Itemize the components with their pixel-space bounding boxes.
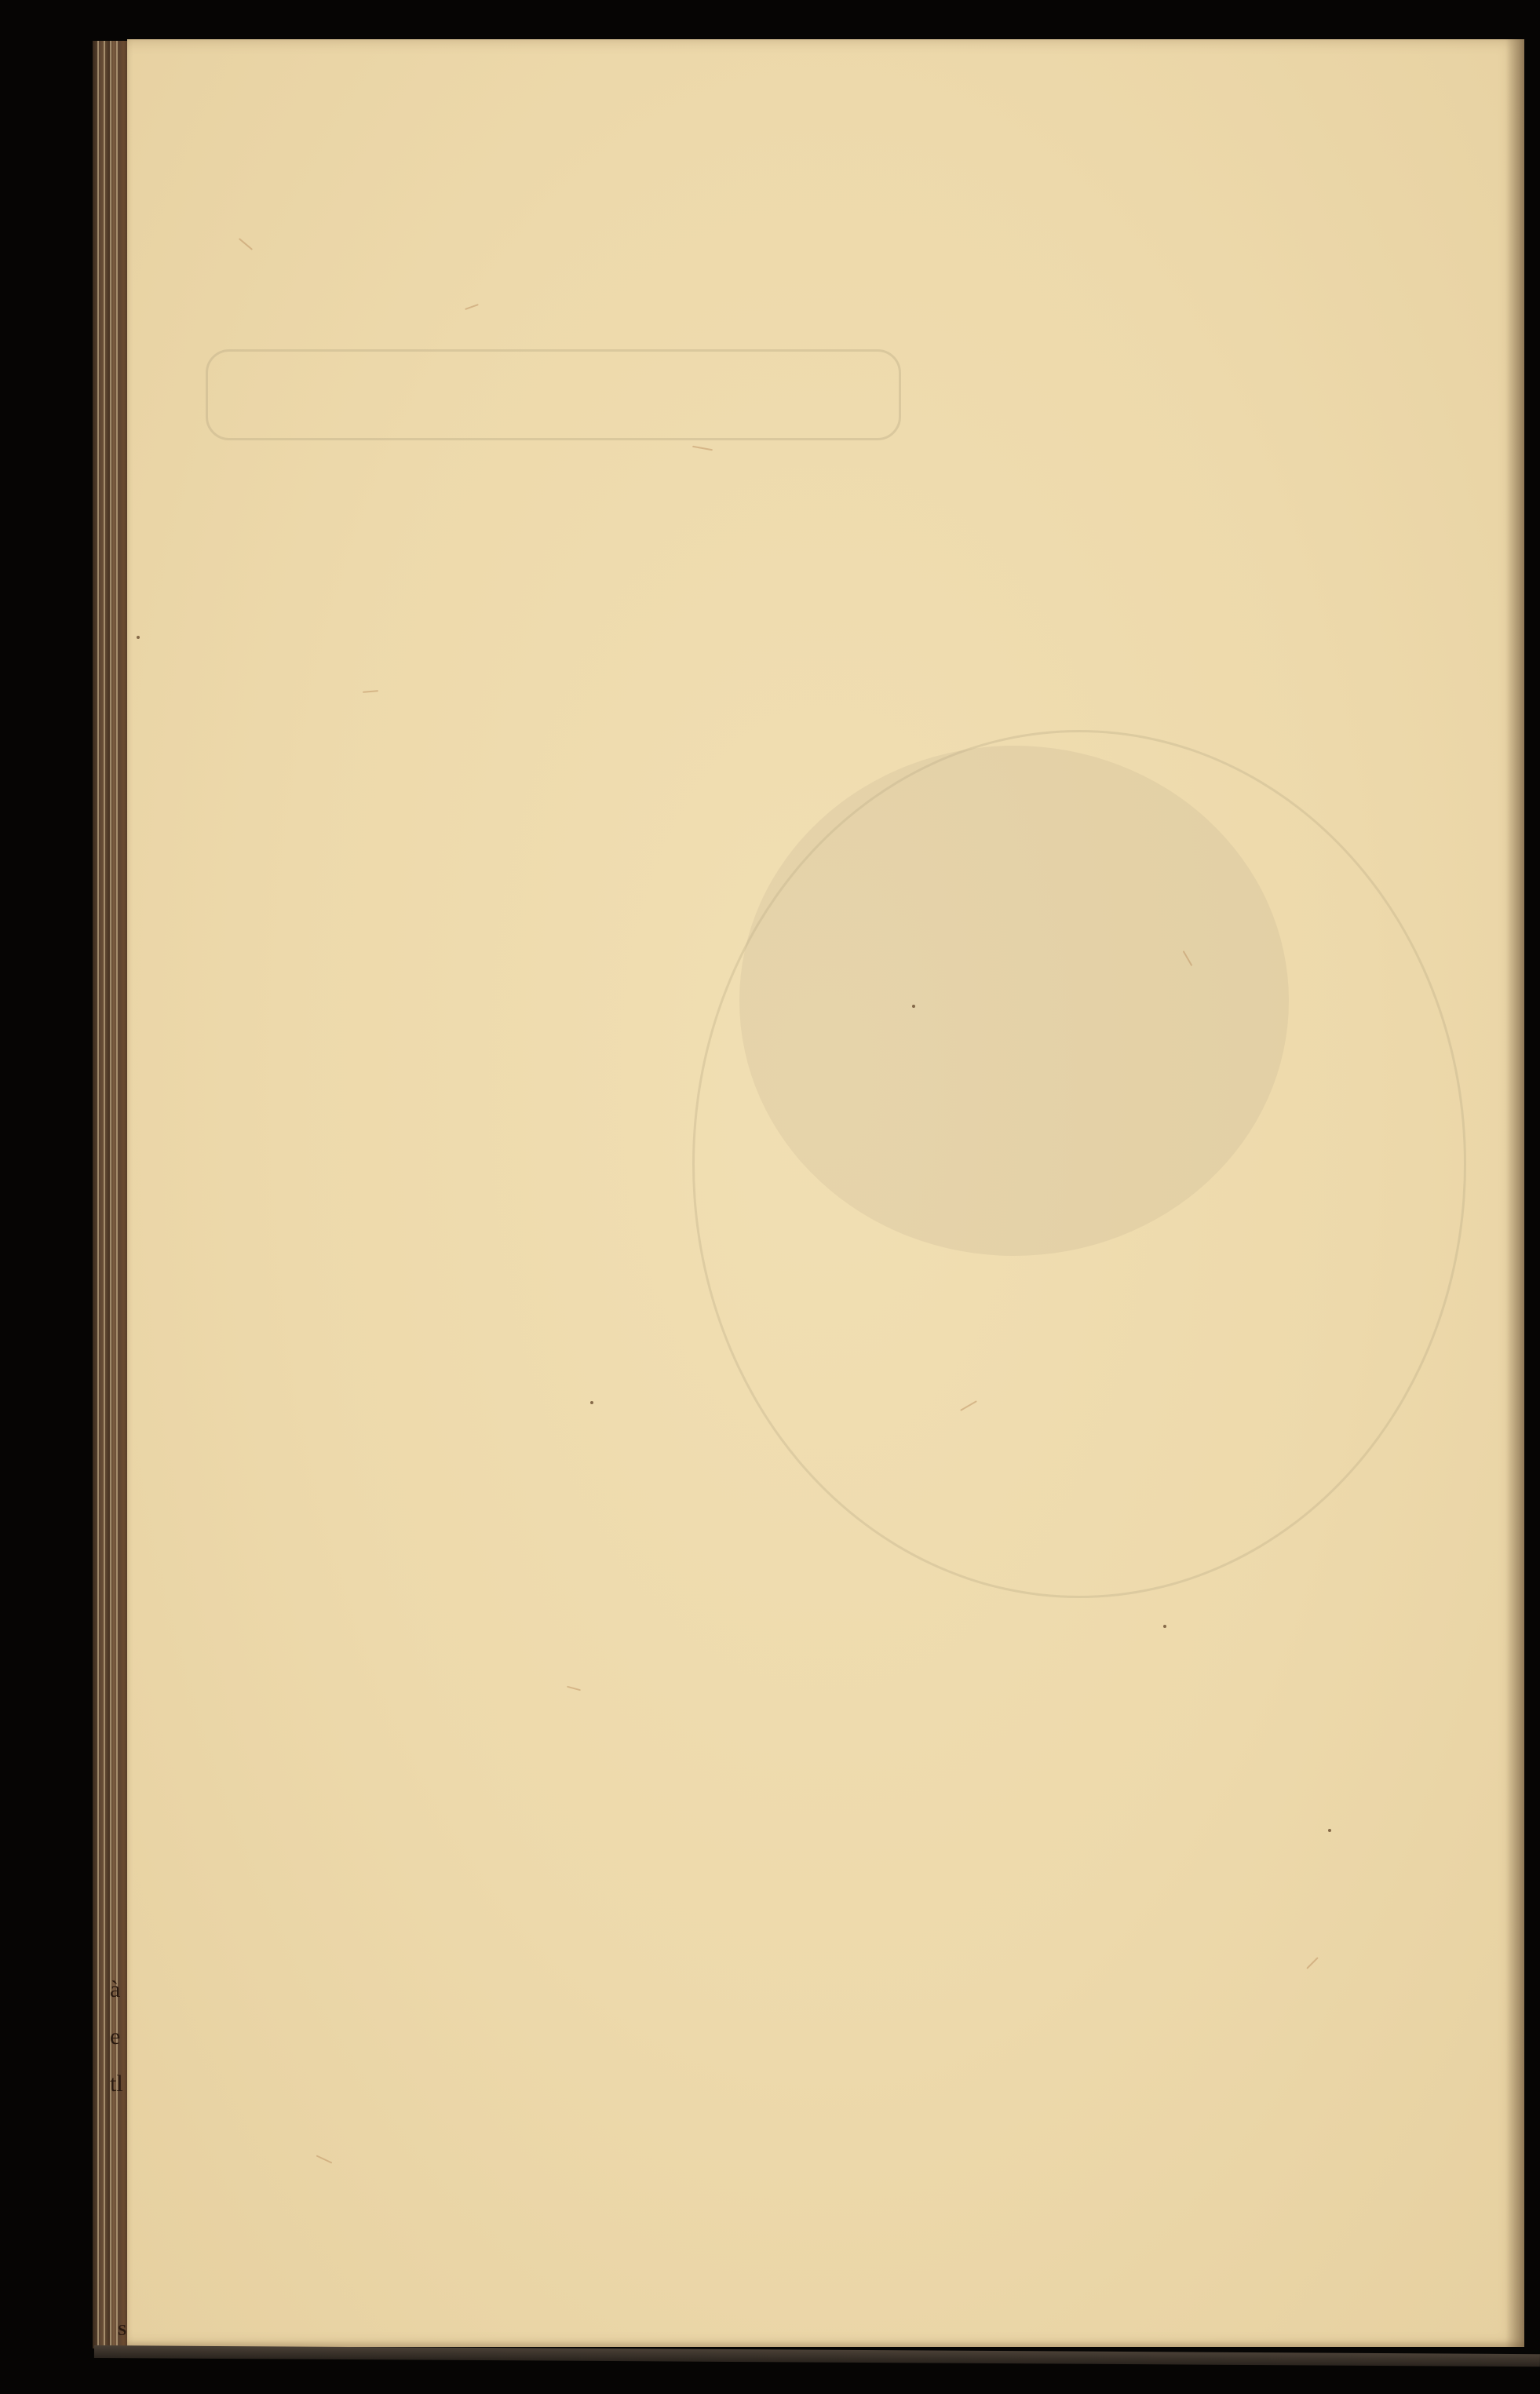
paper-fiber: [316, 2155, 333, 2163]
paper-speck: [137, 636, 140, 639]
paper-fiber: [465, 304, 479, 310]
paper-fiber: [363, 690, 378, 693]
page-edge-line: [116, 41, 118, 2348]
edge-text-fragment: e: [110, 2025, 120, 2049]
page-stack-edges: à e tl STGT: [93, 41, 129, 2348]
paper-fiber: [692, 446, 713, 451]
page-edge-line: [110, 41, 111, 2348]
edge-text-fragment: tl: [110, 2072, 123, 2096]
page-edge-line: [97, 41, 99, 2348]
page-edge-line: [104, 41, 105, 2348]
paper-speck: [1328, 1829, 1331, 1832]
page-right-shadow: [1505, 39, 1524, 2347]
paper-speck: [912, 1005, 915, 1008]
paper-fiber: [1306, 1957, 1319, 1969]
paper-fiber: [567, 1686, 581, 1691]
paper-fiber: [239, 238, 253, 250]
edge-text-fragment: à: [110, 1978, 120, 2002]
paper-speck: [590, 1401, 593, 1404]
ghost-disc-ornament: [739, 746, 1289, 1256]
book-page: [127, 39, 1524, 2347]
ghost-header-frame: [206, 349, 901, 440]
paper-speck: [1163, 1625, 1166, 1628]
